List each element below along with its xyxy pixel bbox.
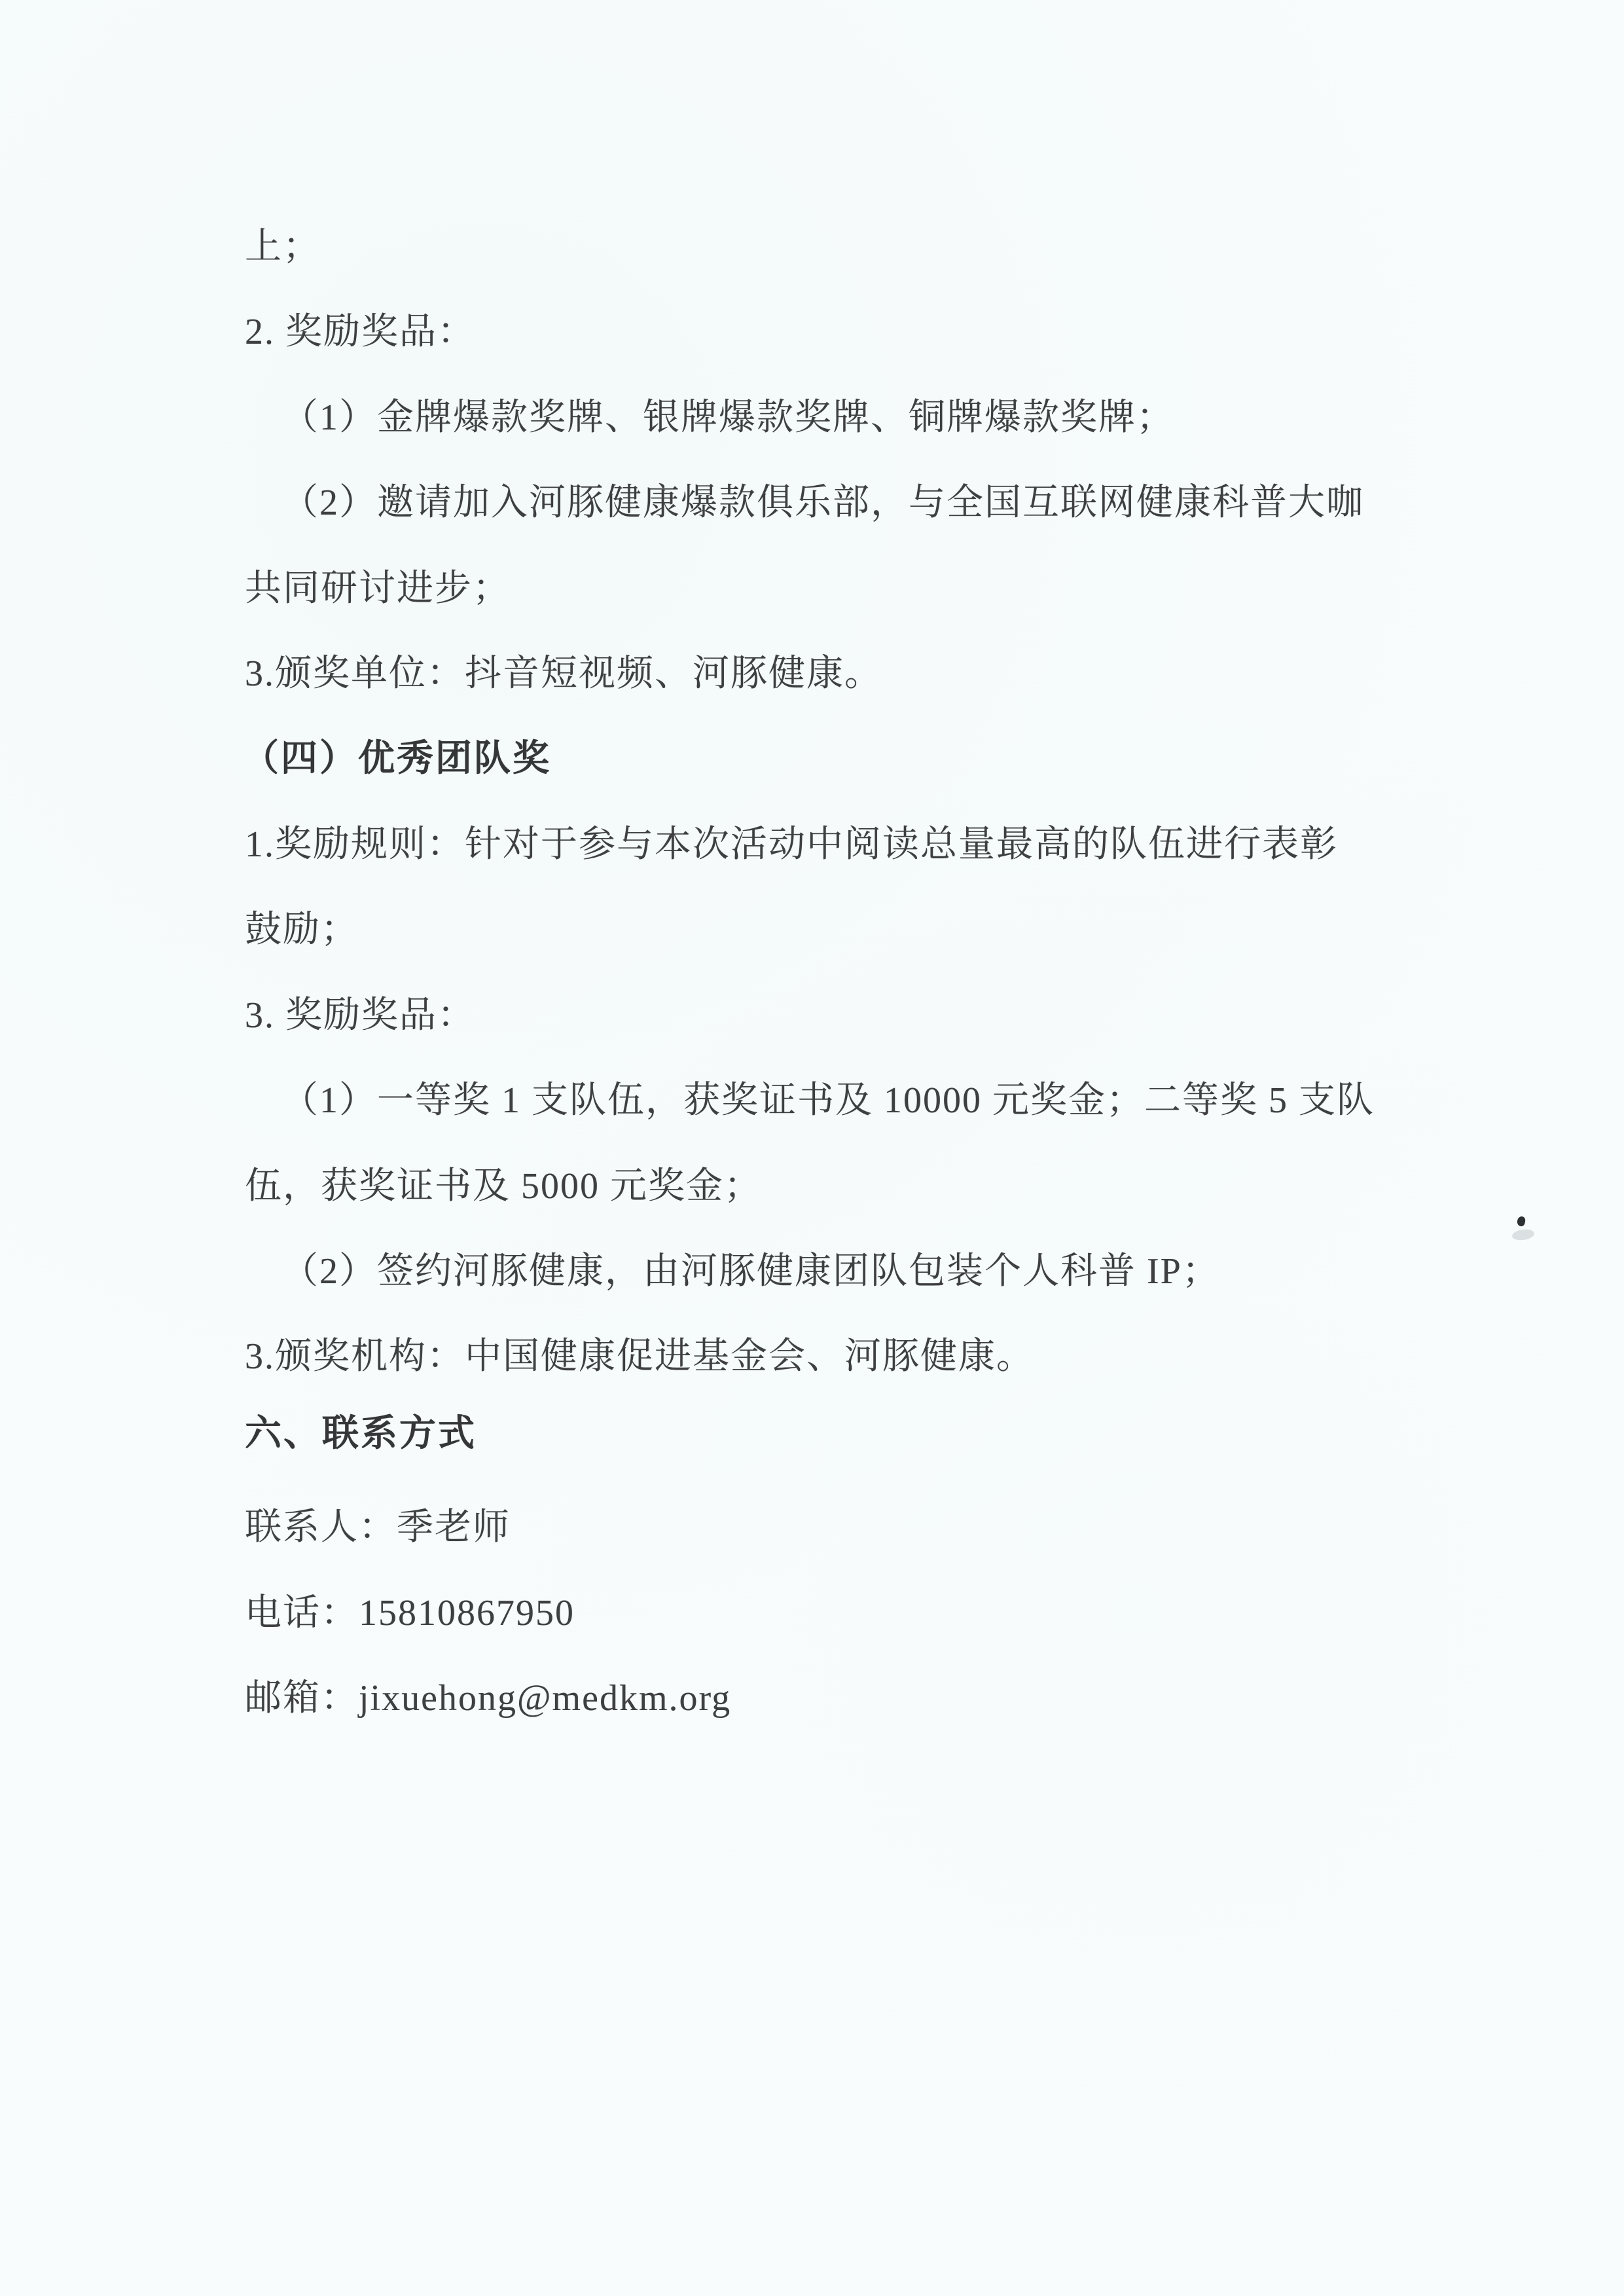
document-page: 上； 2. 奖励奖品： （1）金牌爆款奖牌、银牌爆款奖牌、铜牌爆款奖牌； （2）… xyxy=(0,0,1624,2296)
doc-line-club-invite-wrap: 共同研讨进步； xyxy=(245,567,511,610)
doc-line-prize-medals: （1）金牌爆款奖牌、银牌爆款奖牌、铜牌爆款奖牌； xyxy=(281,396,1174,439)
doc-line-continuation-shang: 上； xyxy=(245,225,321,268)
doc-line-rule-wrap-guli: 鼓励； xyxy=(245,908,359,951)
doc-line-first-second-prize: （1）一等奖 1 支队伍，获奖证书及 10000 元奖金；二等奖 5 支队 xyxy=(281,1079,1375,1122)
doc-line-awarding-unit: 3.颁奖单位：抖音短视频、河豚健康。 xyxy=(245,652,882,695)
doc-line-contact-person: 联系人：季老师 xyxy=(245,1506,511,1549)
doc-line-prize-wrap-5000: 伍，获奖证书及 5000 元奖金； xyxy=(245,1165,762,1208)
doc-line-contact-phone: 电话：15810867950 xyxy=(245,1592,575,1635)
doc-line-awarding-org: 3.颁奖机构：中国健康促进基金会、河豚健康。 xyxy=(245,1335,1034,1378)
section-heading-contact: 六、联系方式 xyxy=(245,1412,477,1455)
doc-line-prize-club-invite: （2）邀请加入河豚健康爆款俱乐部，与全国互联网健康科普大咖 xyxy=(281,481,1364,524)
doc-line-sign-hetun-ip: （2）签约河豚健康，由河豚健康团队包装个人科普 IP； xyxy=(281,1250,1220,1293)
scan-ink-speck xyxy=(1517,1216,1526,1227)
doc-line-contact-email: 邮箱：jixuehong@medkm.org xyxy=(245,1677,731,1720)
scan-faint-smudge xyxy=(1511,1228,1535,1242)
section-heading-team-award: （四）优秀团队奖 xyxy=(242,737,551,780)
doc-line-item3-prizes-label: 3. 奖励奖品： xyxy=(245,994,475,1037)
doc-line-item2-prizes-label: 2. 奖励奖品： xyxy=(245,310,475,354)
doc-line-team-award-rule: 1.奖励规则：针对于参与本次活动中阅读总量最高的队伍进行表彰 xyxy=(245,823,1338,866)
